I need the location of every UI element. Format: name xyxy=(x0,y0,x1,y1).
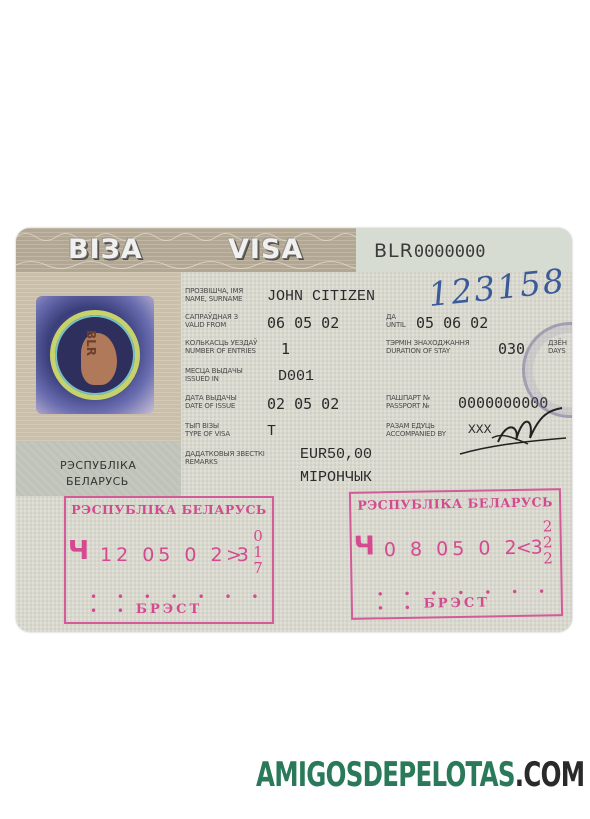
duration-label: Тэрмін знаходжанняDuration of stay xyxy=(386,339,469,355)
visa-document: ВІЗА VISA BLR0000000 123158 BLR Прозвішч… xyxy=(16,228,572,632)
guilloche-pattern xyxy=(16,258,356,272)
stamp-letter: Ч xyxy=(68,536,89,566)
entry-stamp: РЭСПУБЛІКА БЕЛАРУСЬ Ч 12 05 0 2 3 > 017 … xyxy=(64,496,274,624)
remarks-value-line1: EUR50,00 xyxy=(300,446,372,463)
duration-value: 030 xyxy=(498,340,525,358)
title-belarusian: ВІЗА xyxy=(68,234,143,265)
watermark-main: AMIGOSDEPELOTAS xyxy=(256,755,515,795)
visa-number-prefix: BLR xyxy=(374,240,414,262)
type-label: Тып візыType of visa xyxy=(185,422,230,438)
hologram: BLR xyxy=(36,296,154,414)
accompanied-label: Разам едуцьAccompanied by xyxy=(386,422,446,438)
guilloche-pattern xyxy=(16,230,356,244)
stamp-vertical-code: 017 xyxy=(252,528,264,576)
until-value: 05 06 02 xyxy=(416,314,488,332)
date-of-issue-value: 02 05 02 xyxy=(267,395,339,413)
stamp-vertical-code: 222 xyxy=(541,518,554,566)
stamp-header: РЭСПУБЛІКА БЕЛАРУСЬ xyxy=(351,494,559,513)
until-label: ДаUntil xyxy=(386,313,406,329)
watermark-tld: .COM xyxy=(515,755,585,795)
country-line1: РЭСПУБЛІКА xyxy=(60,459,136,472)
title-english: VISA xyxy=(228,234,303,265)
remarks-value-line2: МІРОНЧЫК xyxy=(300,469,372,486)
exit-stamp: РЭСПУБЛІКА БЕЛАРУСЬ Ч 0 8 05 0 2 3 < 222… xyxy=(349,488,563,620)
passport-label: Пашпарт №Passport № xyxy=(386,394,430,410)
country-line2: БЕЛАРУСЬ xyxy=(66,475,129,488)
hologram-text: BLR xyxy=(84,330,98,356)
stamp-letter: Ч xyxy=(354,531,376,561)
valid-from-label: Сапраўдная зValid from xyxy=(185,313,238,329)
issued-in-label: Месца выдачыIssued in xyxy=(185,367,243,383)
name-label: Прозвішча, імяName, surname xyxy=(185,287,243,303)
date-of-issue-label: Дата выдачыDate of issue xyxy=(185,394,237,410)
stamp-direction-arrow: < xyxy=(516,537,536,559)
stamp-direction-arrow: > xyxy=(226,544,246,566)
signature xyxy=(458,398,568,458)
entries-value: 1 xyxy=(281,340,290,358)
valid-from-value: 06 05 02 xyxy=(267,314,339,332)
name-value: JOHN CITIZEN xyxy=(267,288,375,305)
header-band xyxy=(16,228,356,272)
remarks-label: Дадатковыя звесткіRemarks xyxy=(185,450,265,466)
country-box: РЭСПУБЛІКА БЕЛАРУСЬ xyxy=(16,442,181,496)
watermark: AMIGOSDEPELOTAS.COM xyxy=(256,755,584,795)
type-value: T xyxy=(267,423,276,440)
stamp-city: БРЭСТ xyxy=(66,602,272,617)
visa-number: BLR0000000 xyxy=(374,240,485,262)
entries-label: Колькасць уездаўNumber of entries xyxy=(185,339,257,355)
visa-number-digits: 0000000 xyxy=(414,242,486,262)
stamp-header: РЭСПУБЛІКА БЕЛАРУСЬ xyxy=(66,502,272,517)
issued-in-value: D001 xyxy=(278,368,314,385)
